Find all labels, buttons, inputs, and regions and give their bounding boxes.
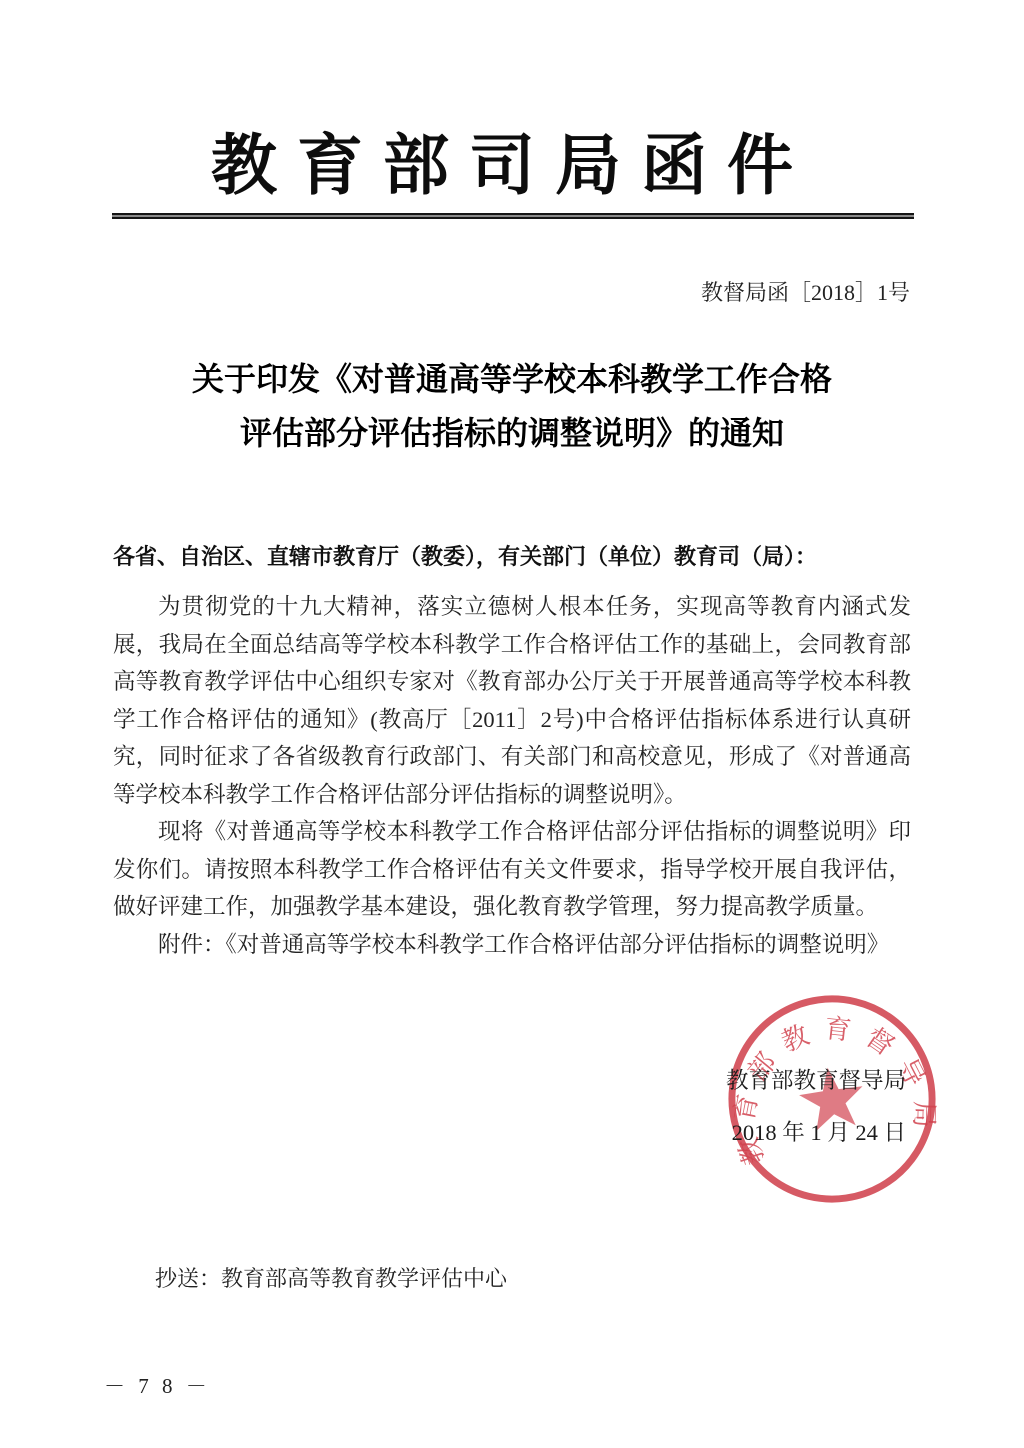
attachment-line: 附件：《对普通高等学校本科教学工作合格评估部分评估指标的调整说明》 — [113, 926, 911, 964]
document-page: 教育部司局函件 教督局函［2018］1号 关于印发《对普通高等学校本科教学工作合… — [0, 0, 1024, 1448]
cc-line: 抄送：教育部高等教育教学评估中心 — [155, 1262, 507, 1293]
signature-date: 2018 年 1 月 24 日 — [726, 1107, 906, 1159]
letter-body: 各省、自治区、直辖市教育厅（教委），有关部门（单位）教育司（局）： 为贯彻党的十… — [113, 538, 911, 963]
notice-title-line2: 评估部分评估指标的调整说明》的通知 — [0, 406, 1024, 460]
page-number: － 7 8 － — [104, 1370, 211, 1400]
signature-org: 教育部教育督导局 — [726, 1055, 906, 1107]
addressee-line: 各省、自治区、直辖市教育厅（教委），有关部门（单位）教育司（局）： — [113, 538, 911, 576]
paragraph-1: 为贯彻党的十九大精神，落实立德树人根本任务，实现高等教育内涵式发展，我局在全面总… — [113, 588, 911, 813]
doc-number: 教督局函［2018］1号 — [701, 276, 910, 307]
signature-block: 教育部教育督导局 2018 年 1 月 24 日 — [726, 1055, 906, 1159]
masthead-rule — [112, 213, 914, 219]
notice-title-line1: 关于印发《对普通高等学校本科教学工作合格 — [0, 352, 1024, 406]
paragraph-2: 现将《对普通高等学校本科教学工作合格评估部分评估指标的调整说明》印发你们。请按照… — [113, 813, 911, 926]
masthead-title: 教育部司局函件 — [0, 112, 1024, 207]
notice-title: 关于印发《对普通高等学校本科教学工作合格 评估部分评估指标的调整说明》的通知 — [0, 352, 1024, 460]
